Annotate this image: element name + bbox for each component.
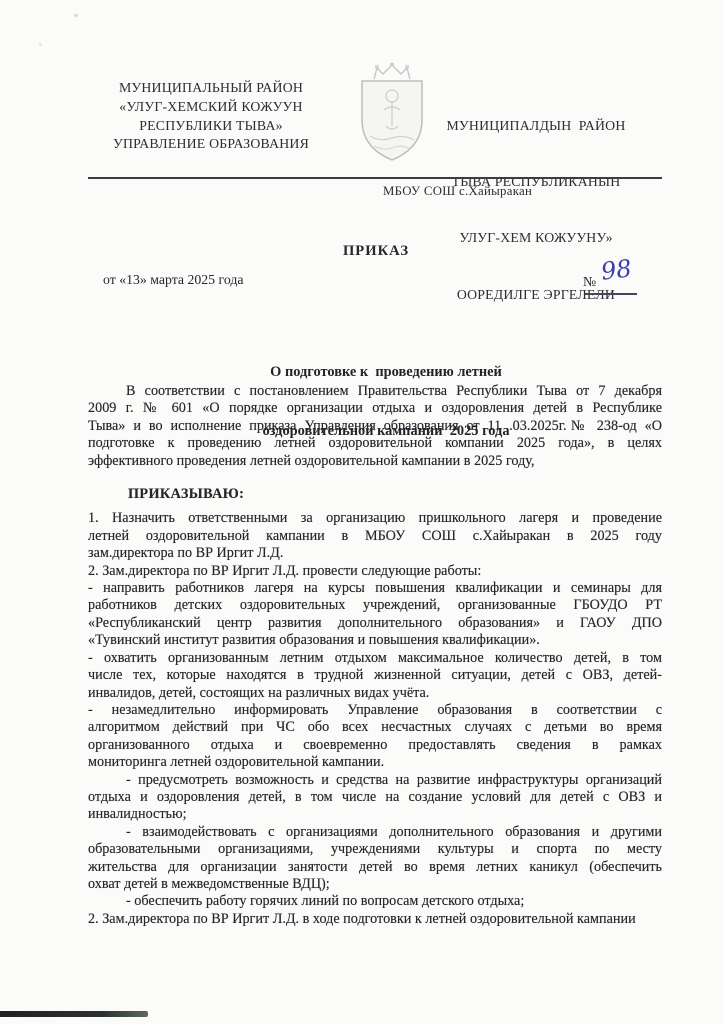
document-type-title: ПРИКАЗ	[88, 243, 664, 260]
paragraph-line: 2. Зам.директора по ВР Иргит Л.Д. провес…	[88, 563, 662, 580]
paragraph-line: числе тех, которые находятся в трудной ж…	[88, 667, 662, 684]
spacer	[88, 503, 662, 510]
paragraph-line: жительства для организации занятости дет…	[88, 859, 662, 876]
paragraph-line: охват детей в межведомственные ВДЦ);	[88, 876, 662, 893]
subject-line: О подготовке к проведению летней	[98, 363, 674, 383]
document-body: В соответствии с постановлением Правител…	[88, 383, 662, 928]
paragraph-line: 2009 г. № 601 «О порядке организации отд…	[88, 400, 662, 417]
paragraph-line: 1. Назначить ответственными за организац…	[88, 510, 662, 527]
paragraph-line: зам.директора по ВР Иргит Л.Д.	[88, 545, 662, 562]
paragraph-line: 2. Зам.директора по ВР Иргит Л.Д. в ходе…	[88, 911, 662, 928]
paragraph-line: работников детских оздоровительных учреж…	[88, 597, 662, 614]
paragraph-line: Тыва» и во исполнение приказа Управления…	[88, 418, 662, 435]
paragraph-line: отдыха и оздоровления детей, в том числе…	[88, 789, 662, 806]
paragraph-line: - незамедлительно информировать Управлен…	[88, 702, 662, 719]
paragraph-line: «Республиканский центр развития дополнит…	[88, 615, 662, 632]
paragraph-line: В соответствии с постановлением Правител…	[88, 383, 662, 400]
paragraph-line: - предусмотреть возможность и средства н…	[88, 772, 662, 789]
org-line: МУНИЦИПАЛДЫН РАЙОН	[406, 117, 666, 136]
org-line: УПРАВЛЕНИЕ ОБРАЗОВАНИЯ	[81, 135, 341, 154]
paragraph-line: организованного отдыха и своевременно пр…	[88, 737, 662, 754]
scan-speck	[39, 43, 42, 46]
paragraph-line: эффективного проведения летней оздоровит…	[88, 453, 662, 470]
order-number-sign: №	[583, 274, 596, 290]
order-number-underline	[585, 293, 637, 295]
letterhead-tuvan-org: МУНИЦИПАЛДЫН РАЙОН ТЫВА РЕСПУБЛИКАНЫН УЛ…	[406, 79, 666, 342]
scan-edge-artifact	[0, 1011, 148, 1017]
paragraph-line: образовательными организациями, учрежден…	[88, 841, 662, 858]
scan-speck	[74, 14, 78, 17]
letterhead-russian-org: МУНИЦИПАЛЬНЫЙ РАЙОН «УЛУГ-ХЕМСКИЙ КОЖУУН…	[81, 79, 341, 154]
school-name: МБОУ СОШ с.Хайыракан	[383, 184, 532, 199]
paragraph-line: «Тувинский институт развития образования…	[88, 632, 662, 649]
letterhead-divider	[88, 177, 662, 179]
order-date: от «13» марта 2025 года	[103, 272, 244, 288]
paragraph-line: инвалидностью;	[88, 806, 662, 823]
org-line: ООРЕДИЛГЕ ЭРГЕЛЕЛИ	[406, 286, 666, 305]
paragraph-line: подготовке к проведению летней оздоровит…	[88, 435, 662, 452]
paragraph-line: - обеспечить работу горячих линий по воп…	[88, 893, 662, 910]
paragraph-line: мониторинга летней оздоровительной кампа…	[88, 754, 662, 771]
scanned-order-page: МУНИЦИПАЛЬНЫЙ РАЙОН «УЛУГ-ХЕМСКИЙ КОЖУУН…	[0, 0, 724, 1024]
org-line: РЕСПУБЛИКИ ТЫВА»	[81, 117, 341, 136]
decree-word: ПРИКАЗЫВАЮ:	[88, 486, 662, 503]
paragraph-line: - взаимодействовать с организациями допо…	[88, 824, 662, 841]
org-line: МУНИЦИПАЛЬНЫЙ РАЙОН	[81, 79, 341, 98]
spacer	[88, 470, 662, 486]
paragraph-line: инвалидов, детей, состоящих на различных…	[88, 685, 662, 702]
order-number-handwritten: 98	[599, 254, 633, 286]
paragraph-line: - охватить организованным летним отдыхом…	[88, 650, 662, 667]
paragraph-line: летней оздоровительной кампании в МБОУ С…	[88, 528, 662, 545]
paragraph-line: - направить работников лагеря на курсы п…	[88, 580, 662, 597]
paragraph-line: алгоритмом действий при ЧС обо всех несч…	[88, 719, 662, 736]
org-line: «УЛУГ-ХЕМСКИЙ КОЖУУН	[81, 98, 341, 117]
